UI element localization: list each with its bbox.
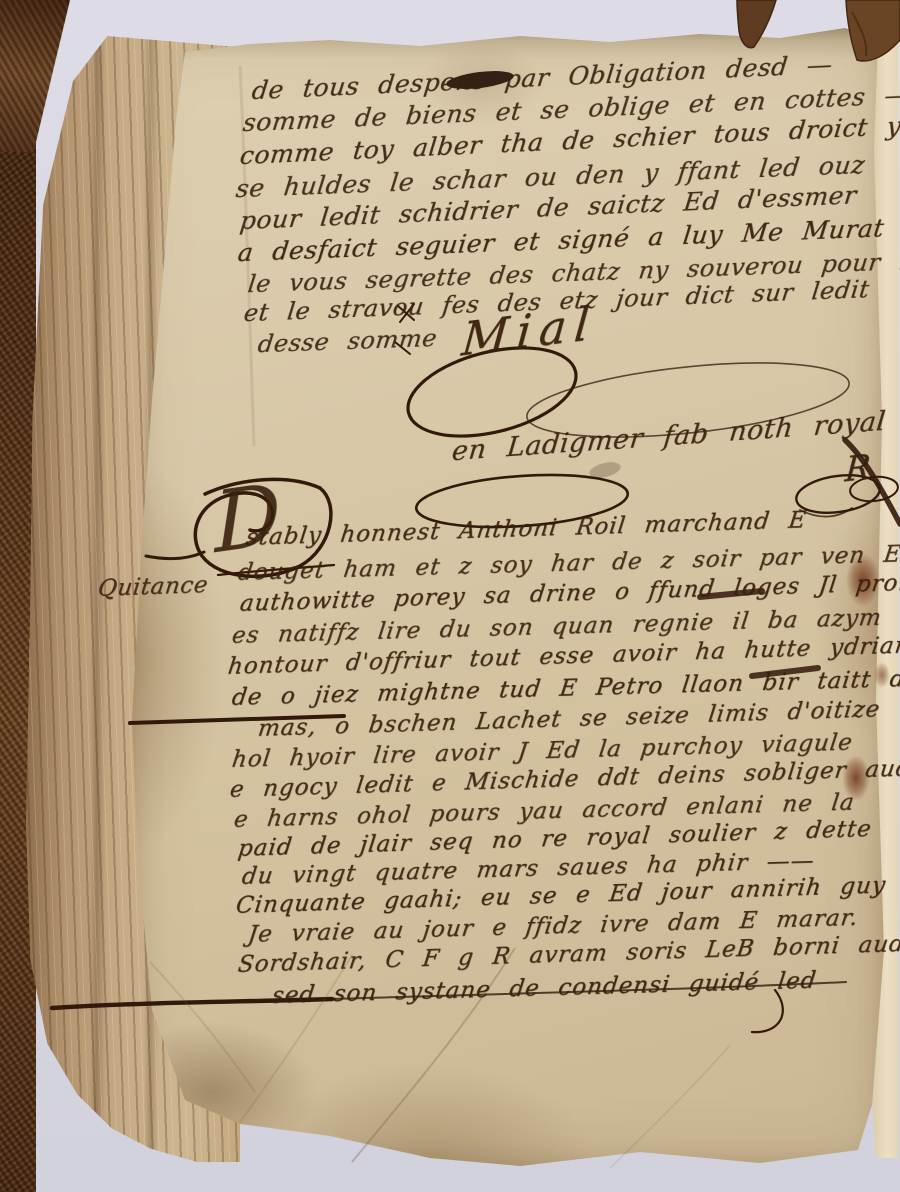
margin-note: Quitance: [96, 572, 209, 602]
notary-paraph: R: [844, 447, 873, 490]
manuscript-photo: de tous despens par Obligation desd — so…: [0, 0, 900, 1192]
body-initial: D: [212, 464, 283, 572]
book-cover-board-top: [0, 0, 70, 152]
